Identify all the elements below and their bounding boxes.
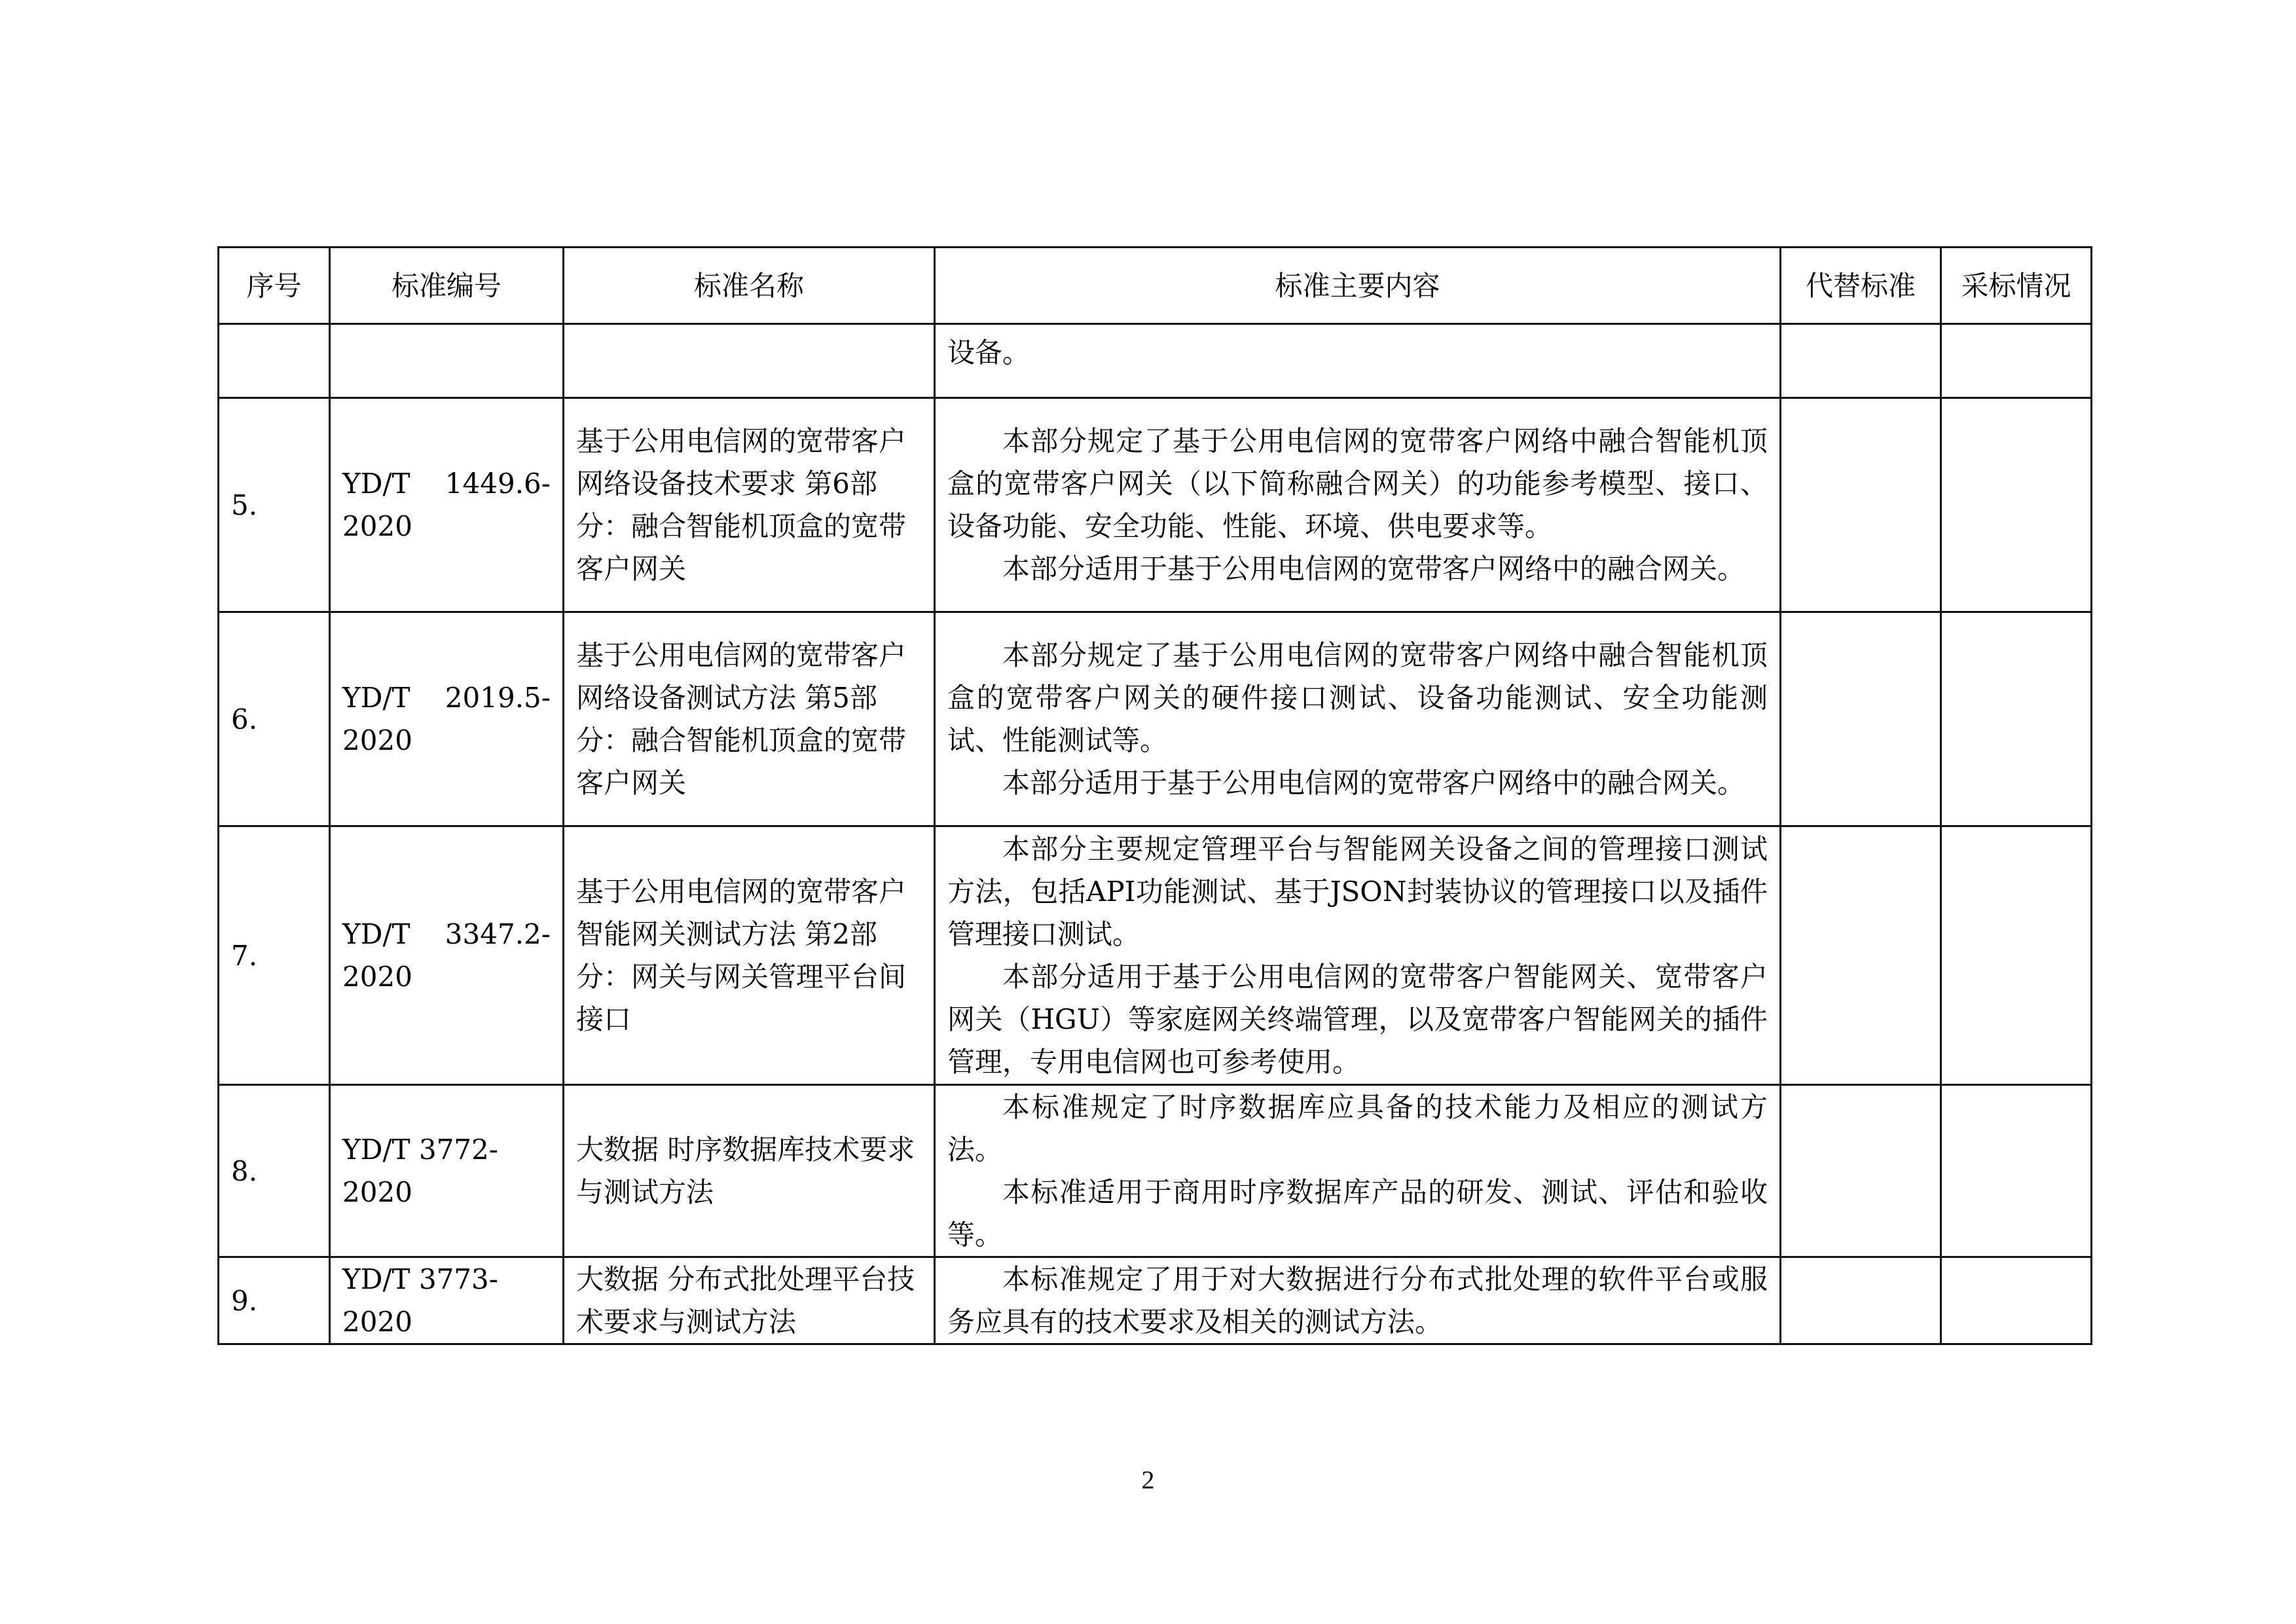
cell-adopt (1941, 324, 2092, 398)
cell-code: YD/T2019.5- 2020 (330, 612, 564, 826)
cell-code: YD/T3347.2- 2020 (330, 826, 564, 1085)
cell-replace (1781, 1257, 1941, 1344)
cell-content: 本部分规定了基于公用电信网的宽带客户网络中融合智能机顶盒的宽带客户网关的硬件接口… (935, 612, 1781, 826)
cell-replace (1781, 612, 1941, 826)
cell-adopt (1941, 398, 2092, 612)
cell-code: YD/T 3772-2020 (330, 1085, 564, 1257)
content-paragraph-1: 本部分主要规定管理平台与智能网关设备之间的管理接口测试方法，包括API功能测试、… (947, 828, 1768, 955)
cell-replace (1781, 324, 1941, 398)
table-row: 9. YD/T 3773-2020 大数据 分布式批处理平台技术要求与测试方法 … (219, 1257, 2092, 1344)
code-prefix: YD/T (342, 462, 410, 505)
cell-content: 本标准规定了用于对大数据进行分布式批处理的软件平台或服务应具有的技术要求及相关的… (935, 1257, 1781, 1344)
content-paragraph-2: 本标准适用于商用时序数据库产品的研发、测试、评估和验收等。 (947, 1171, 1768, 1256)
code-number: 1449.6- (445, 462, 551, 505)
header-code: 标准编号 (330, 248, 564, 324)
cell-name (564, 324, 935, 398)
code-year: 2020 (342, 505, 551, 547)
cell-name: 基于公用电信网的宽带客户网络设备技术要求 第6部分：融合智能机顶盒的宽带客户网关 (564, 398, 935, 612)
table-row: 8. YD/T 3772-2020 大数据 时序数据库技术要求与测试方法 本标准… (219, 1085, 2092, 1257)
header-name: 标准名称 (564, 248, 935, 324)
document-page: 序号 标准编号 标准名称 标准主要内容 代替标准 采标情况 设备。 5. YD/… (0, 0, 2296, 1624)
cell-code (330, 324, 564, 398)
table-row-continuation: 设备。 (219, 324, 2092, 398)
cell-adopt (1941, 1085, 2092, 1257)
code-year: 2020 (342, 955, 551, 998)
cell-content: 本部分规定了基于公用电信网的宽带客户网络中融合智能机顶盒的宽带客户网关（以下简称… (935, 398, 1781, 612)
content-paragraph-1: 本标准规定了用于对大数据进行分布式批处理的软件平台或服务应具有的技术要求及相关的… (947, 1258, 1768, 1343)
content-paragraph-2: 本部分适用于基于公用电信网的宽带客户智能网关、宽带客户网关（HGU）等家庭网关终… (947, 955, 1768, 1083)
cell-name: 大数据 时序数据库技术要求与测试方法 (564, 1085, 935, 1257)
header-content: 标准主要内容 (935, 248, 1781, 324)
cell-seq: 5. (219, 398, 330, 612)
cell-adopt (1941, 826, 2092, 1085)
header-adopt: 采标情况 (1941, 248, 2092, 324)
content-paragraph-1: 本部分规定了基于公用电信网的宽带客户网络中融合智能机顶盒的宽带客户网关的硬件接口… (947, 634, 1768, 762)
code-number: 2019.5- (445, 676, 551, 719)
page-number: 2 (0, 1464, 2296, 1495)
cell-code: YD/T 3773-2020 (330, 1257, 564, 1344)
cell-replace (1781, 398, 1941, 612)
code-prefix: YD/T (342, 676, 410, 719)
header-seq: 序号 (219, 248, 330, 324)
header-replace: 代替标准 (1781, 248, 1941, 324)
code-number: 3347.2- (445, 913, 551, 955)
cell-adopt (1941, 1257, 2092, 1344)
cell-seq: 8. (219, 1085, 330, 1257)
cell-seq: 9. (219, 1257, 330, 1344)
code-prefix: YD/T (342, 913, 410, 955)
cell-content: 本部分主要规定管理平台与智能网关设备之间的管理接口测试方法，包括API功能测试、… (935, 826, 1781, 1085)
cell-content: 本标准规定了时序数据库应具备的技术能力及相应的测试方法。 本标准适用于商用时序数… (935, 1085, 1781, 1257)
table-row: 6. YD/T2019.5- 2020 基于公用电信网的宽带客户网络设备测试方法… (219, 612, 2092, 826)
cell-name: 大数据 分布式批处理平台技术要求与测试方法 (564, 1257, 935, 1344)
table-header-row: 序号 标准编号 标准名称 标准主要内容 代替标准 采标情况 (219, 248, 2092, 324)
code-year: 2020 (342, 719, 551, 762)
standards-table: 序号 标准编号 标准名称 标准主要内容 代替标准 采标情况 设备。 5. YD/… (217, 246, 2092, 1345)
cell-replace (1781, 826, 1941, 1085)
content-paragraph-1: 本部分规定了基于公用电信网的宽带客户网络中融合智能机顶盒的宽带客户网关（以下简称… (947, 420, 1768, 547)
table-row: 7. YD/T3347.2- 2020 基于公用电信网的宽带客户智能网关测试方法… (219, 826, 2092, 1085)
cell-seq: 6. (219, 612, 330, 826)
cell-seq: 7. (219, 826, 330, 1085)
cell-name: 基于公用电信网的宽带客户网络设备测试方法 第5部分：融合智能机顶盒的宽带客户网关 (564, 612, 935, 826)
cell-replace (1781, 1085, 1941, 1257)
content-paragraph-2: 本部分适用于基于公用电信网的宽带客户网络中的融合网关。 (947, 547, 1768, 590)
content-paragraph-1: 本标准规定了时序数据库应具备的技术能力及相应的测试方法。 (947, 1086, 1768, 1171)
content-text: 设备。 (947, 331, 1768, 374)
cell-adopt (1941, 612, 2092, 826)
cell-name: 基于公用电信网的宽带客户智能网关测试方法 第2部分：网关与网关管理平台间接口 (564, 826, 935, 1085)
content-paragraph-2: 本部分适用于基于公用电信网的宽带客户网络中的融合网关。 (947, 762, 1768, 804)
cell-code: YD/T1449.6- 2020 (330, 398, 564, 612)
table-row: 5. YD/T1449.6- 2020 基于公用电信网的宽带客户网络设备技术要求… (219, 398, 2092, 612)
cell-content: 设备。 (935, 324, 1781, 398)
cell-seq (219, 324, 330, 398)
